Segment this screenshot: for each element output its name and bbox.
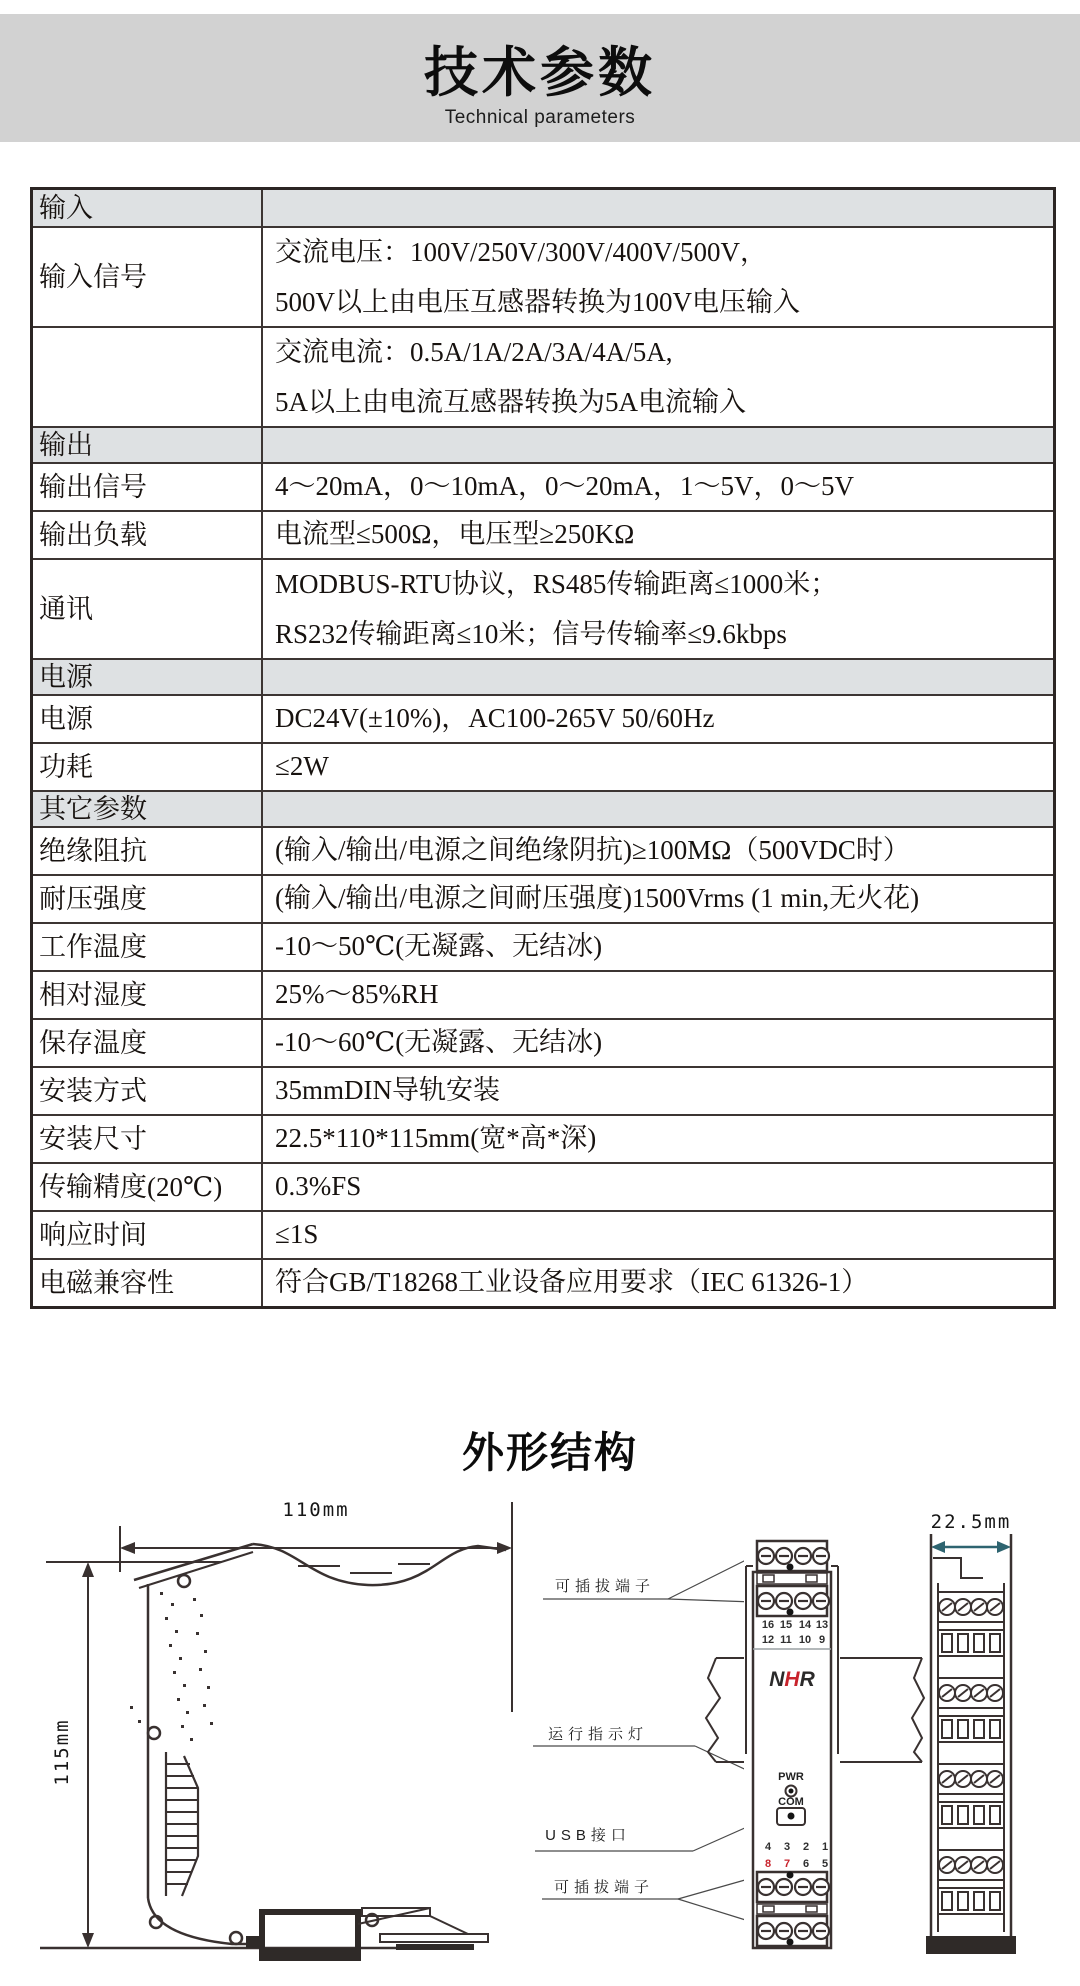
spec-row-label: 输出信号 [33, 464, 263, 510]
spec-row-label: 输出负载 [33, 512, 263, 558]
spec-row-label: 耐压强度 [33, 876, 263, 922]
spec-row-value: 25%～85%RH [263, 972, 1053, 1018]
spec-table: 输入输入信号交流电压：100V/250V/300V/400V/500V，500V… [30, 187, 1056, 1309]
dim-height-label: 115mm [51, 1718, 73, 1785]
terminal-number: 11 [780, 1634, 792, 1646]
terminal-number: 10 [799, 1634, 811, 1646]
terminal-number: 4 [765, 1841, 772, 1853]
spec-row-value [263, 428, 1053, 462]
callout-pluggable-terminal-bottom: 可插拔端子 [554, 1878, 654, 1896]
terminal-number: 6 [803, 1858, 809, 1870]
dim-depth-label: 22.5mm [931, 1511, 1012, 1533]
spec-row: 电磁兼容性符合GB/T18268工业设备应用要求（IEC 61326-1） [33, 1258, 1053, 1306]
spec-row-value: 4～20mA，0～10mA，0～20mA，1～5V，0～5V [263, 464, 1053, 510]
spec-value-line: (输入/输出/电源之间绝缘阴抗)≥100MΩ（500VDC时） [275, 836, 1053, 866]
spec-row-value: ≤2W [263, 744, 1053, 790]
spec-value-line: 4～20mA，0～10mA，0～20mA，1～5V，0～5V [275, 472, 1053, 502]
spec-section-row: 输入 [33, 190, 1053, 226]
din-clip [246, 1908, 488, 1958]
dim-width-label: 110mm [282, 1499, 349, 1521]
dim-arrow-left [120, 1542, 135, 1554]
terminal-number: 9 [819, 1634, 825, 1646]
logo-letter: N [769, 1668, 785, 1691]
spec-row-label: 输入 [33, 190, 263, 226]
spec-row: 电源DC24V(±10%)，AC100-265V 50/60Hz [33, 694, 1053, 742]
spec-row-label: 通讯 [33, 560, 263, 658]
spec-row: 交流电流：0.5A/1A/2A/3A/4A/5A,5A以上由电流互感器转换为5A… [33, 326, 1053, 426]
terminal-number: 7 [784, 1858, 790, 1870]
terminal-number: 2 [803, 1841, 809, 1853]
spec-row-label: 功耗 [33, 744, 263, 790]
spec-row-label: 传输精度(20℃) [33, 1164, 263, 1210]
front-view: 16 15 14 13 12 11 10 9 NHR PWR COM 4 [744, 1538, 840, 1950]
terminal-number: 1 [822, 1841, 828, 1853]
callout-pluggable-terminal-top: 可插拔端子 [555, 1577, 655, 1595]
spec-row-value [263, 792, 1053, 826]
spec-row-value: 0.3%FS [263, 1164, 1053, 1210]
outline-diagram: 110mm 115mm [0, 1480, 1080, 1986]
spec-value-line: 交流电流：0.5A/1A/2A/3A/4A/5A, [275, 327, 1053, 377]
spec-row-value: 符合GB/T18268工业设备应用要求（IEC 61326-1） [263, 1260, 1053, 1306]
dim-arrow-up [82, 1562, 94, 1577]
nhr-logo: NHR [769, 1668, 815, 1691]
spec-value-line: -10～60℃(无凝露、无结冰) [275, 1028, 1053, 1058]
spec-row-value [263, 190, 1053, 226]
spec-row-value: 22.5*110*115mm(宽*高*深) [263, 1116, 1053, 1162]
spec-row-value: 交流电压：100V/250V/300V/400V/500V，500V以上由电压互… [263, 228, 1053, 326]
spec-row: 工作温度-10～50℃(无凝露、无结冰) [33, 922, 1053, 970]
spec-value-line: -10～50℃(无凝露、无结冰) [275, 932, 1053, 962]
spec-section-row: 电源 [33, 658, 1053, 694]
spec-row-label: 保存温度 [33, 1020, 263, 1066]
spec-value-line: 电流型≤500Ω，电压型≥250KΩ [275, 520, 1053, 550]
vent-slots [167, 1764, 197, 1884]
spec-row-label: 电磁兼容性 [33, 1260, 263, 1306]
spec-row: 绝缘阻抗(输入/输出/电源之间绝缘阴抗)≥100MΩ（500VDC时） [33, 826, 1053, 874]
header-banner: 技术参数 Technical parameters [0, 14, 1080, 142]
spec-row-label: 输入信号 [33, 228, 263, 326]
terminal-number: 8 [765, 1858, 771, 1870]
spec-row-value: DC24V(±10%)，AC100-265V 50/60Hz [263, 696, 1053, 742]
spec-row-value [263, 660, 1053, 694]
spec-row: 安装方式35mmDIN导轨安装 [33, 1066, 1053, 1114]
spec-value-line: DC24V(±10%)，AC100-265V 50/60Hz [275, 704, 1053, 734]
spec-row: 输出负载电流型≤500Ω，电压型≥250KΩ [33, 510, 1053, 558]
terminal-number: 12 [762, 1634, 774, 1646]
spec-row: 通讯MODBUS-RTU协议，RS485传输距离≤1000米；RS232传输距离… [33, 558, 1053, 658]
spec-row-label: 其它参数 [33, 792, 263, 826]
spec-row-label: 安装尺寸 [33, 1116, 263, 1162]
spec-value-line: RS232传输距离≤10米；信号传输率≤9.6kbps [275, 609, 1053, 659]
spec-row: 功耗≤2W [33, 742, 1053, 790]
terminal-number: 5 [822, 1858, 828, 1870]
spec-row-label: 安装方式 [33, 1068, 263, 1114]
page: 技术参数 Technical parameters 输入输入信号交流电压：100… [0, 0, 1080, 1986]
spec-value-line: 交流电压：100V/250V/300V/400V/500V， [275, 227, 1053, 277]
spec-value-line: MODBUS-RTU协议，RS485传输距离≤1000米； [275, 559, 1053, 609]
left-side-view: 110mm 115mm [40, 1499, 512, 1958]
spec-row-value: (输入/输出/电源之间绝缘阴抗)≥100MΩ（500VDC时） [263, 828, 1053, 874]
spec-row-value: MODBUS-RTU协议，RS485传输距离≤1000米；RS232传输距离≤1… [263, 560, 1053, 658]
spec-row: 响应时间≤1S [33, 1210, 1053, 1258]
spec-row-value: -10～60℃(无凝露、无结冰) [263, 1020, 1053, 1066]
outline-section-title: 外形结构 [10, 1420, 1080, 1480]
spec-value-line: (输入/输出/电源之间耐压强度)1500Vrms (1 min,无火花) [275, 884, 1053, 914]
spec-value-line: 5A以上由电流互感器转换为5A电流输入 [275, 377, 1053, 427]
right-side-view: 22.5mm [926, 1511, 1016, 1954]
spec-row: 保存温度-10～60℃(无凝露、无结冰) [33, 1018, 1053, 1066]
logo-letter: R [800, 1668, 816, 1691]
spec-section-row: 输出 [33, 426, 1053, 462]
terminal-number: 14 [799, 1619, 812, 1631]
spec-section-row: 其它参数 [33, 790, 1053, 826]
pwr-label: PWR [778, 1771, 804, 1783]
spec-row-label [33, 328, 263, 426]
spec-value-line: 符合GB/T18268工业设备应用要求（IEC 61326-1） [275, 1268, 1053, 1298]
spec-value-line: 22.5*110*115mm(宽*高*深) [275, 1124, 1053, 1154]
spec-value-line: 25%～85%RH [275, 980, 1053, 1010]
side-terminal-stacks [938, 1592, 1004, 1914]
spec-row: 输出信号4～20mA，0～10mA，0～20mA，1～5V，0～5V [33, 462, 1053, 510]
spec-value-line: ≤1S [275, 1220, 1053, 1250]
spec-row-label: 工作温度 [33, 924, 263, 970]
spec-row: 输入信号交流电压：100V/250V/300V/400V/500V，500V以上… [33, 226, 1053, 326]
spec-row: 安装尺寸22.5*110*115mm(宽*高*深) [33, 1114, 1053, 1162]
spec-row: 耐压强度(输入/输出/电源之间耐压强度)1500Vrms (1 min,无火花) [33, 874, 1053, 922]
page-subtitle: Technical parameters [0, 107, 1080, 129]
callout-usb-port: USB接口 [545, 1827, 631, 1844]
terminal-number: 13 [816, 1619, 828, 1631]
dots-texture [130, 1592, 213, 1741]
com-label: COM [778, 1796, 804, 1808]
spec-row-label: 电源 [33, 696, 263, 742]
callout-run-indicator: 运行指示灯 [548, 1726, 648, 1743]
spec-row-value: (输入/输出/电源之间耐压强度)1500Vrms (1 min,无火花) [263, 876, 1053, 922]
spec-row: 相对湿度25%～85%RH [33, 970, 1053, 1018]
spec-row-label: 输出 [33, 428, 263, 462]
spec-row-label: 绝缘阻抗 [33, 828, 263, 874]
side-view-base [926, 1936, 1016, 1954]
spec-row-value: 交流电流：0.5A/1A/2A/3A/4A/5A,5A以上由电流互感器转换为5A… [263, 328, 1053, 426]
spec-row: 传输精度(20℃)0.3%FS [33, 1162, 1053, 1210]
spec-row-value: -10～50℃(无凝露、无结冰) [263, 924, 1053, 970]
spec-row-label: 电源 [33, 660, 263, 694]
spec-value-line: 0.3%FS [275, 1172, 1053, 1202]
terminal-number: 3 [784, 1841, 790, 1853]
spec-row-value: ≤1S [263, 1212, 1053, 1258]
spec-row-value: 电流型≤500Ω，电压型≥250KΩ [263, 512, 1053, 558]
spec-value-line: 35mmDIN导轨安装 [275, 1076, 1053, 1106]
terminal-number: 16 [762, 1619, 774, 1631]
spec-row-label: 响应时间 [33, 1212, 263, 1258]
logo-letter: H [784, 1668, 800, 1691]
page-title: 技术参数 [0, 30, 1080, 107]
spec-row-value: 35mmDIN导轨安装 [263, 1068, 1053, 1114]
dim-arrow-down [82, 1933, 94, 1948]
spec-row-label: 相对湿度 [33, 972, 263, 1018]
spec-value-line: ≤2W [275, 752, 1053, 782]
terminal-number: 15 [780, 1619, 792, 1631]
spec-value-line: 500V以上由电压互感器转换为100V电压输入 [275, 277, 1053, 327]
